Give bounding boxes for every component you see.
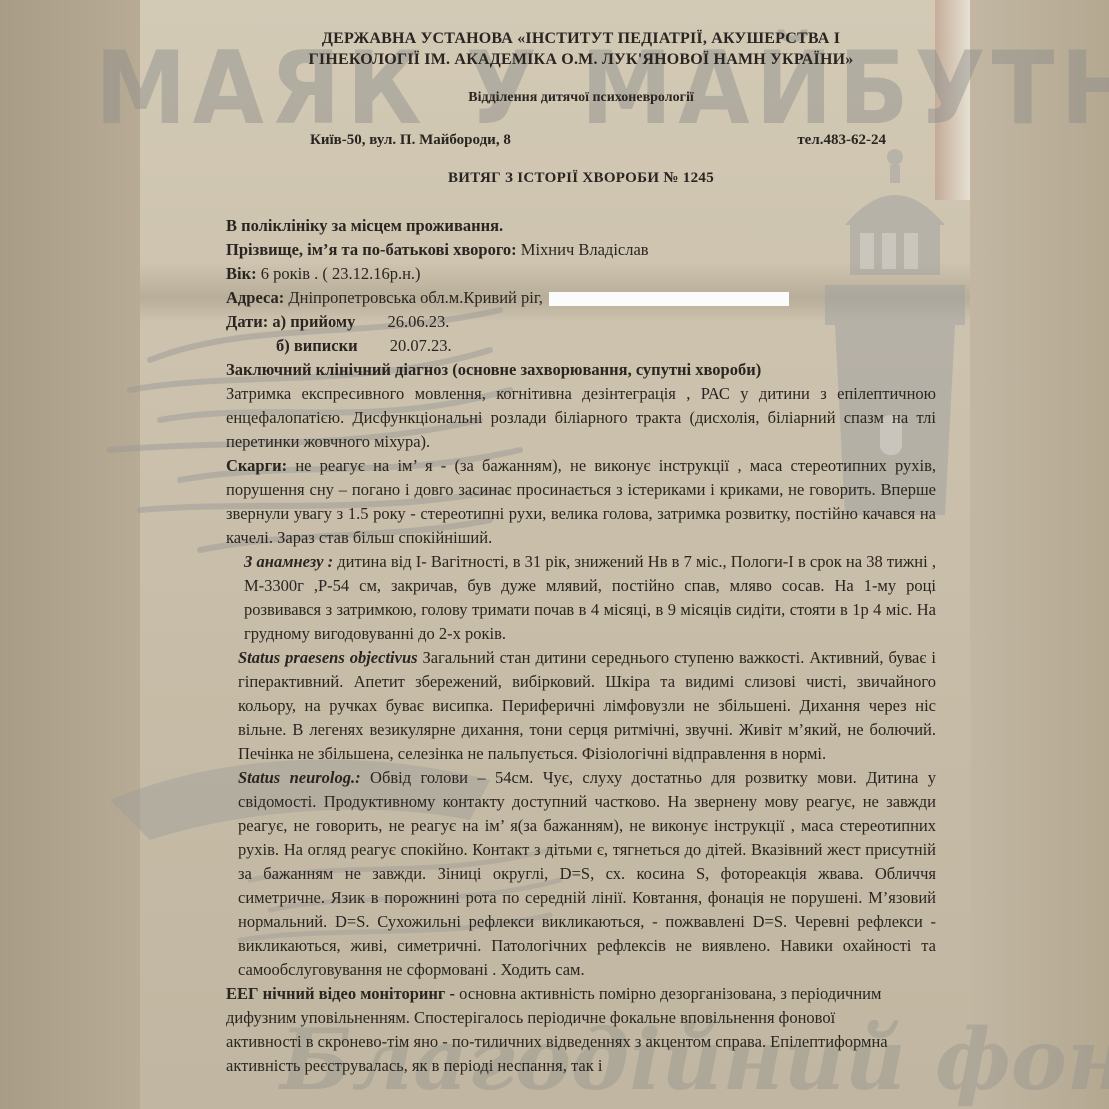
admission-row: Дати: а) прийому 26.06.23. [226,310,936,334]
anamnesis-section: З анамнезу : дитина від І- Вагітності, в… [226,550,936,646]
redaction-bar [549,292,789,306]
complaints-section: Скарги: не реагує на ім’ я - (за бажання… [226,454,936,550]
patient-age: 6 років . ( 23.12.16р.н.) [261,264,421,283]
patient-address-row: Адреса: Дніпропетровська обл.м.Кривий рі… [226,286,936,310]
contact-row: Київ-50, вул. П. Майбороди, 8 тел.483-62… [226,128,936,152]
institution-name: ДЕРЖАВНА УСТАНОВА «ІНСТИТУТ ПЕДІАТРІЇ, А… [226,28,936,70]
patient-address: Дніпропетровська обл.м.Кривий ріг, [288,288,543,307]
patient-name-row: Прізвище, ім’я та по-батькові хворого: М… [226,238,936,262]
status-neurolog-section: Status neurolog.: Обвід голови – 54см. Ч… [226,766,936,982]
diagnosis-label: Заключний клінічний діагноз (основне зах… [226,358,936,382]
institution-address: Київ-50, вул. П. Майбороди, 8 [310,128,511,152]
diagnosis-text: Затримка експресивного мовлення, когніти… [226,382,936,454]
medical-record-extract: ДЕРЖАВНА УСТАНОВА «ІНСТИТУТ ПЕДІАТРІЇ, А… [226,28,936,1078]
background-right [969,0,1109,1109]
discharge-row: б) виписки 20.07.23. [226,334,936,358]
patient-info: В поліклініку за місцем проживання. Пріз… [226,214,936,358]
patient-name: Міхнич Владіслав [521,240,649,259]
eeg-section: ЕЕГ нічний відео моніторинг - основна ак… [226,982,936,1078]
patient-age-row: Вік: 6 років . ( 23.12.16р.н.) [226,262,936,286]
status-praesens-section: Status praesens objectivus Загальний ста… [226,646,936,766]
department-name: Відділення дитячої психоневрології [226,86,936,110]
discharge-date: 20.07.23. [362,336,452,355]
admission-date: 26.06.23. [360,312,450,331]
destination: В поліклініку за місцем проживання. [226,214,936,238]
institution-phone: тел.483-62-24 [797,128,886,152]
document-title: ВИТЯГ З ІСТОРІЇ ХВОРОБИ № 1245 [226,166,936,190]
